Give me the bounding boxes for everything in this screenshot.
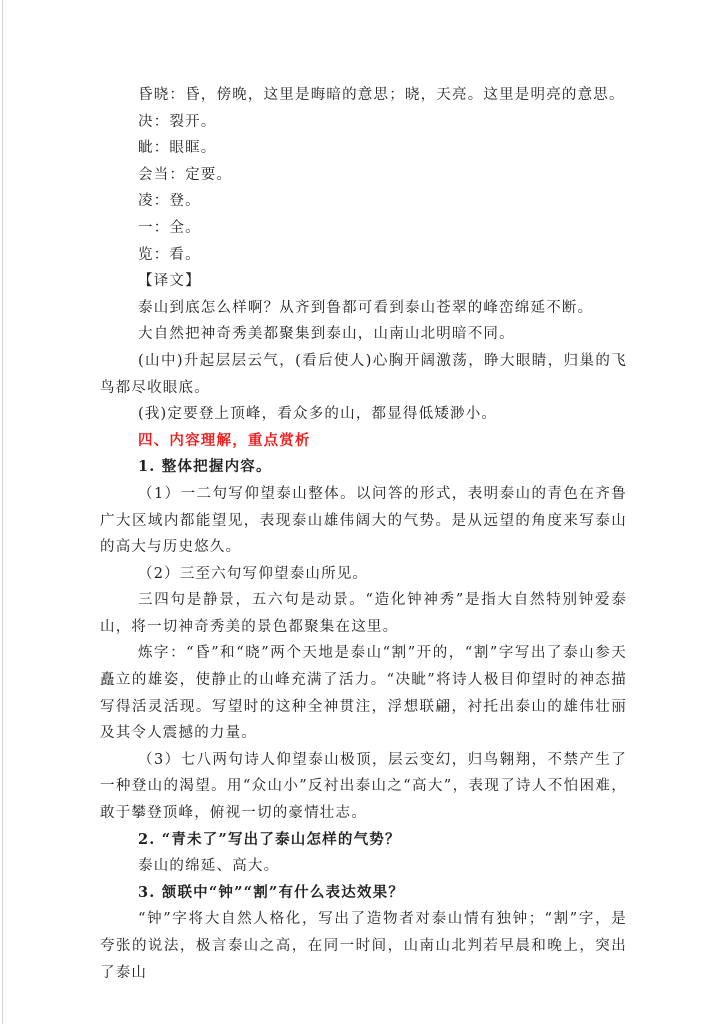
page-left-edge-line [2, 0, 3, 1024]
question-heading: 2. “青未了”写出了泰山怎样的气势？ [100, 827, 627, 854]
section-heading-red: 四、内容理解，重点赏析 [100, 428, 627, 455]
paragraph: 眦：眼眶。 [100, 135, 627, 162]
paragraph: 一：全。 [100, 215, 627, 242]
paragraph: 会当：定要。 [100, 162, 627, 189]
paragraph: 【译文】 [100, 268, 627, 295]
paragraph: （2）三至六句写仰望泰山所见。 [100, 561, 627, 588]
paragraph: (我)定要登上顶峰，看众多的山，都显得低矮渺小。 [100, 401, 627, 428]
paragraph: “钟”字将大自然人格化，写出了造物者对泰山情有独钟；“割”字，是夸张的说法，极言… [100, 906, 627, 986]
paragraph: 泰山到底怎么样啊？从齐到鲁都可看到泰山苍翠的峰峦绵延不断。 [100, 295, 627, 322]
paragraph: （3）七八两句诗人仰望泰山极顶，层云变幻，归鸟翱翔，不禁产生了一种登山的渴望。用… [100, 747, 627, 827]
paragraph: 炼字：“昏”和“晓”两个天地是泰山“割”开的，“割”字写出了泰山参天矗立的雄姿，… [100, 640, 627, 746]
paragraph: 大自然把神奇秀美都聚集到泰山，山南山北明暗不同。 [100, 321, 627, 348]
paragraph: 三四句是静景，五六句是动景。“造化钟神秀”是指大自然特别钟爱泰山，将一切神奇秀美… [100, 587, 627, 640]
question-heading: 3. 颔联中“钟”“割”有什么表达效果？ [100, 880, 627, 907]
paragraph: (山中)升起层层云气，(看后使人)心胸开阔激荡，睁大眼睛，归巢的飞鸟都尽收眼底。 [100, 348, 627, 401]
paragraph: 泰山的绵延、高大。 [100, 853, 627, 880]
paragraph: （1）一二句写仰望泰山整体。以问答的形式，表明泰山的青色在齐鲁广大区域内都能望见… [100, 481, 627, 561]
paragraph: 决：裂开。 [100, 109, 627, 136]
document-body: 昏晓：昏，傍晚，这里是晦暗的意思；晓，天亮。这里是明亮的意思。决：裂开。眦：眼眶… [100, 82, 627, 986]
document-page: 昏晓：昏，傍晚，这里是晦暗的意思；晓，天亮。这里是明亮的意思。决：裂开。眦：眼眶… [0, 0, 727, 1024]
paragraph: 览：看。 [100, 242, 627, 269]
paragraph: 凌：登。 [100, 188, 627, 215]
paragraph: 昏晓：昏，傍晚，这里是晦暗的意思；晓，天亮。这里是明亮的意思。 [100, 82, 627, 109]
question-heading: 1. 整体把握内容。 [100, 454, 627, 481]
